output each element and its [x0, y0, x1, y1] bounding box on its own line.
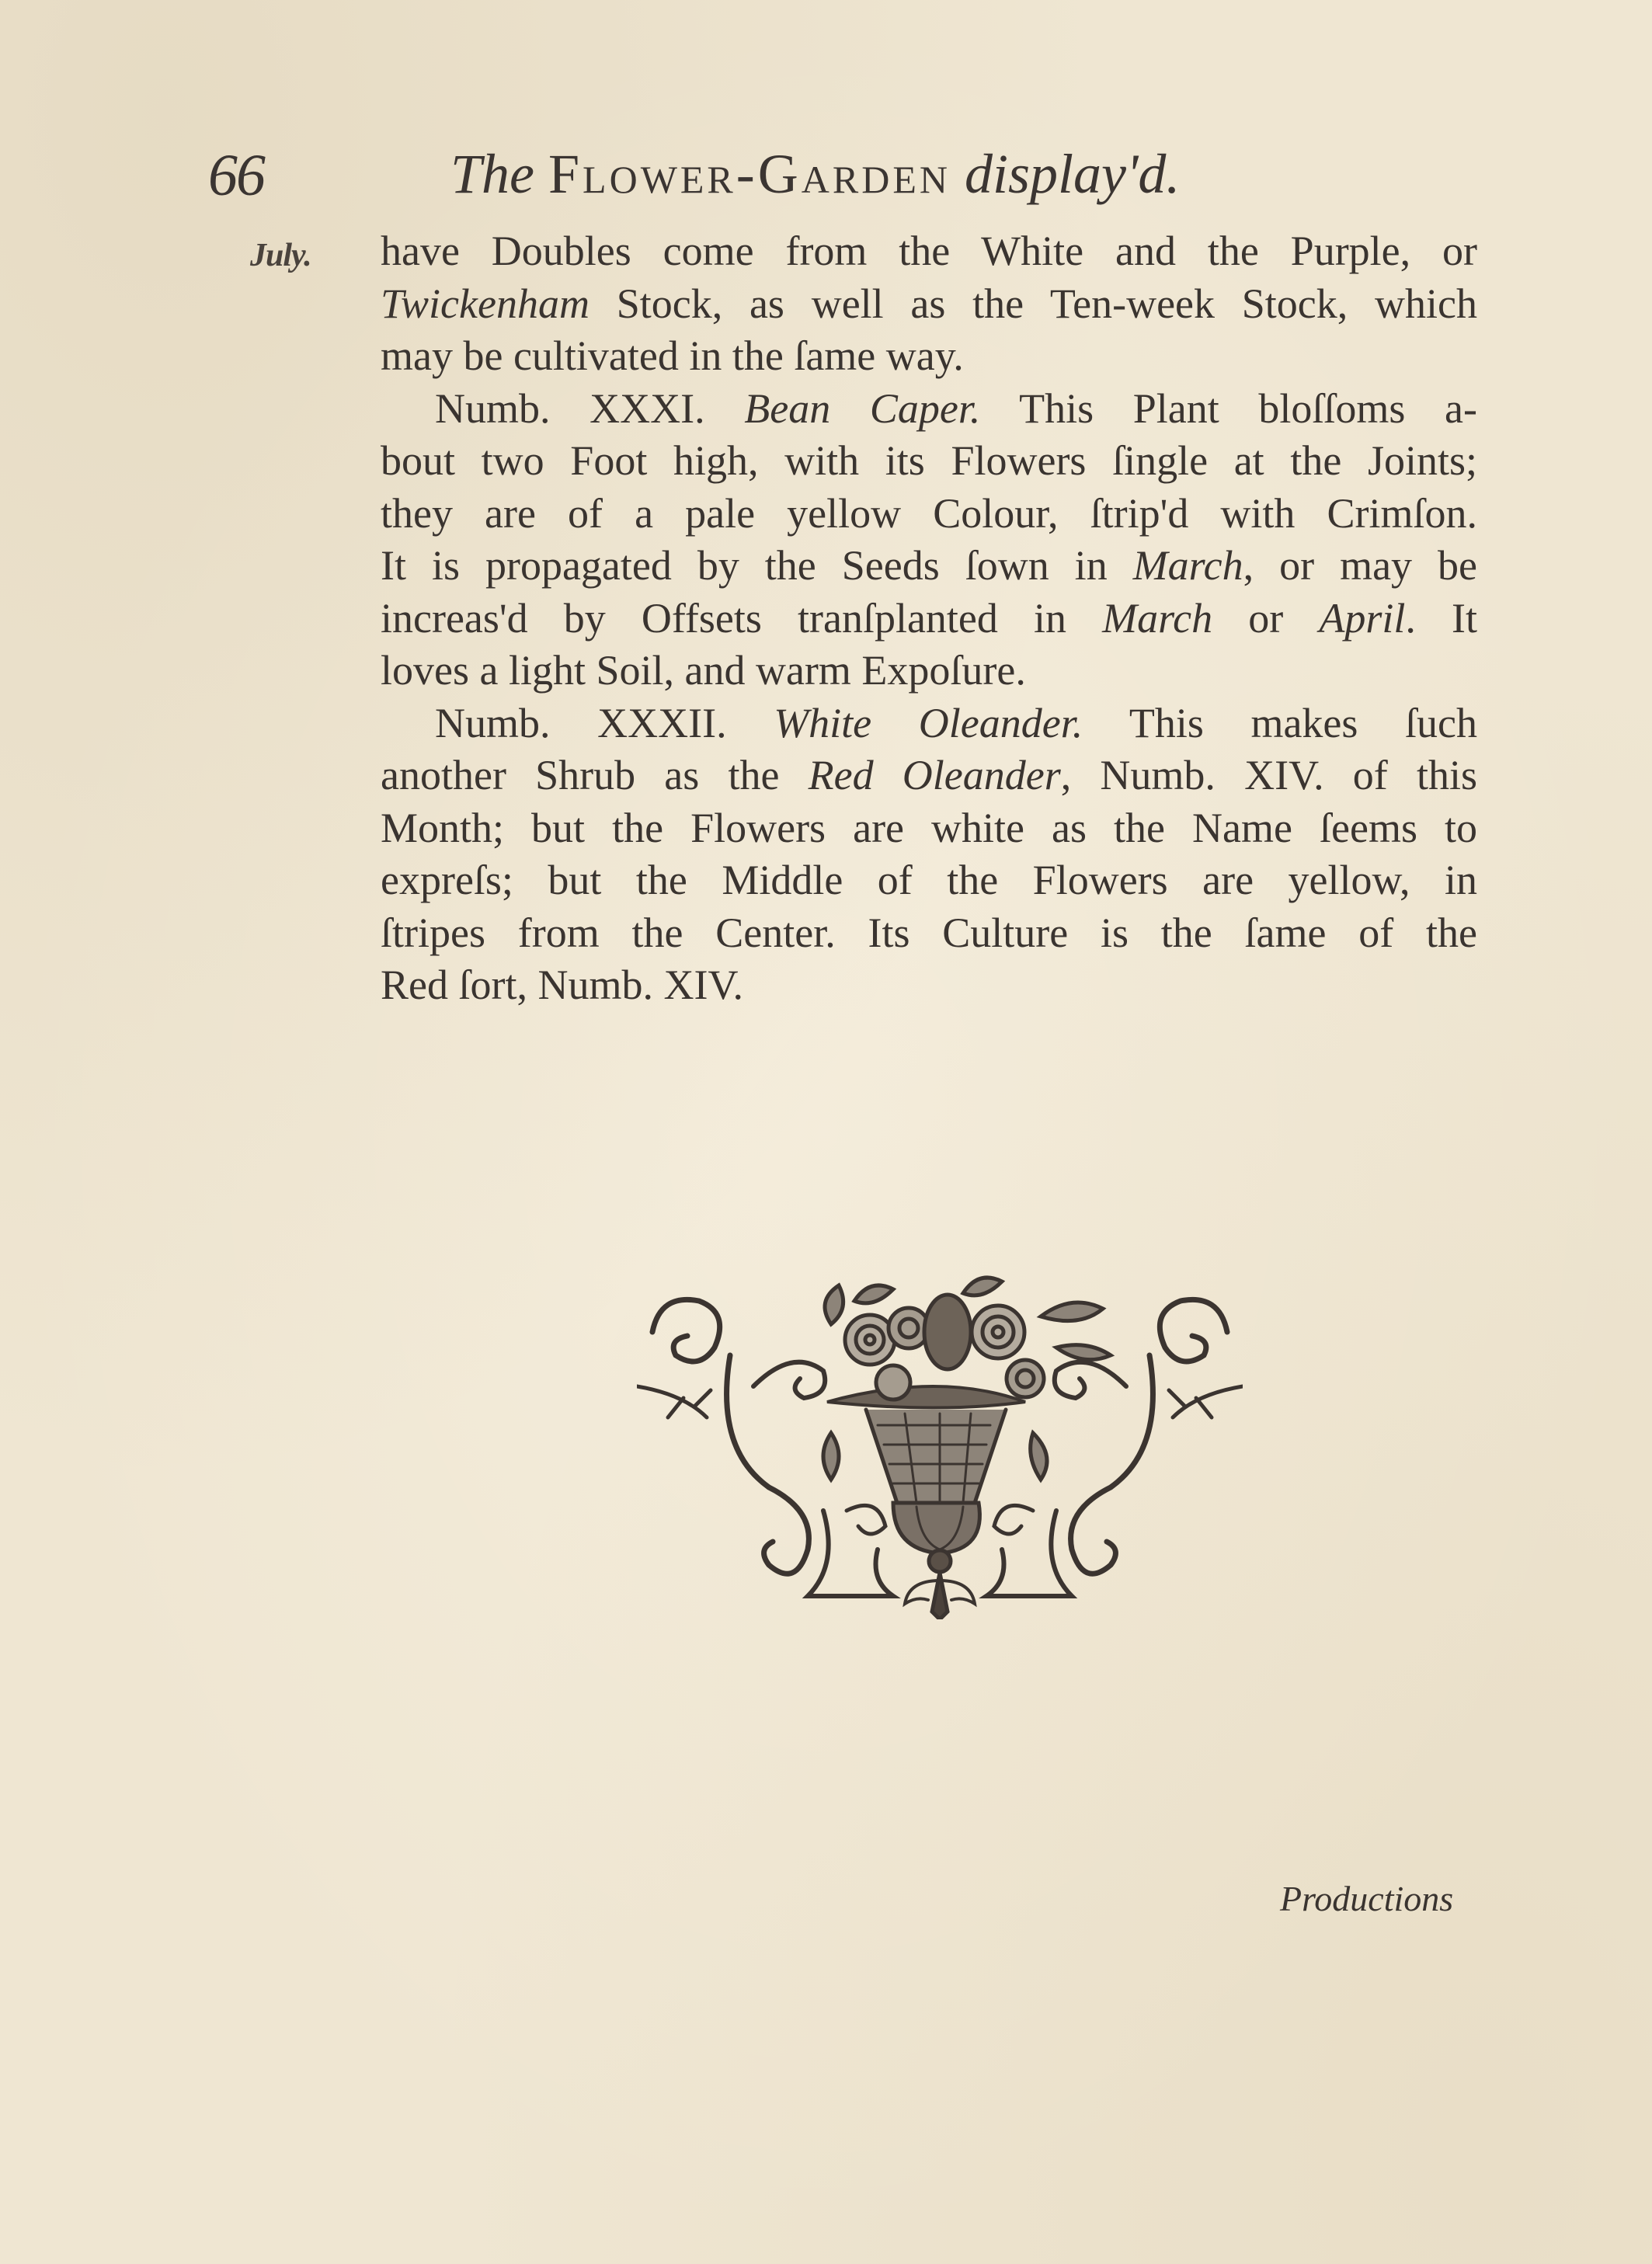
roman-text: Stock, as well as the Ten-week Stock, wh… [590, 280, 1477, 327]
roman-text: may be cultivated in the ſame way. [381, 332, 964, 379]
italic-text: March [1102, 595, 1212, 642]
running-head-suffix: display'd. [965, 143, 1180, 205]
roman-text: , Numb. XIV. of this [1061, 752, 1477, 798]
roman-text: Red ſort, Numb. XIV. [381, 962, 743, 1008]
running-head: The Flower-Garden display'd. [450, 142, 1460, 207]
roman-text: This makes ſuch [1083, 700, 1477, 746]
text-line: may be cultivated in the ſame way. [381, 330, 1477, 383]
roman-text: It is propagated by the Seeds ſown in [381, 542, 1133, 589]
roman-text: another Shrub as the [381, 752, 809, 798]
margin-note-month: July. [250, 237, 311, 274]
roman-text: have Doubles come from the White and the… [381, 228, 1477, 274]
italic-text: White Oleander. [774, 700, 1083, 746]
flower-basket-ornament-icon [637, 1254, 1243, 1619]
italic-text: March [1133, 542, 1243, 589]
text-line: bout two Foot high, with its Flowers ſin… [381, 435, 1477, 488]
catchword: Productions [1280, 1878, 1453, 1919]
text-line: loves a light Soil, and warm Expoſure. [381, 645, 1477, 697]
roman-text: Month; but the Flowers are white as the … [381, 805, 1477, 851]
text-line: Numb. XXXII. White Oleander. This makes … [381, 697, 1477, 750]
roman-text: they are of a pale yellow Colour, ſtrip'… [381, 490, 1477, 537]
roman-text: increas'd by Offsets tranſplanted in [381, 595, 1102, 642]
italic-text: Bean Caper. [744, 385, 980, 432]
roman-text: expreſs; but the Middle of the Flowers a… [381, 857, 1477, 903]
roman-text: , or may be [1243, 542, 1477, 589]
text-line: Twickenham Stock, as well as the Ten-wee… [381, 278, 1477, 331]
text-line: increas'd by Offsets tranſplanted in Mar… [381, 593, 1477, 645]
roman-text: This Plant bloſſoms a- [980, 385, 1477, 432]
text-line: It is propagated by the Seeds ſown in Ma… [381, 540, 1477, 593]
italic-text: Red Oleander [809, 752, 1061, 798]
roman-text: ſtripes from the Center. Its Culture is … [381, 909, 1477, 956]
text-line: another Shrub as the Red Oleander, Numb.… [381, 749, 1477, 802]
roman-text: Numb. XXXI. [435, 385, 744, 432]
roman-text: bout two Foot high, with its Flowers ſin… [381, 437, 1477, 484]
roman-text: or [1212, 595, 1319, 642]
italic-text: April [1319, 595, 1405, 642]
running-head-title: Flower-Garden [548, 143, 951, 205]
roman-text: loves a light Soil, and warm Expoſure. [381, 647, 1026, 694]
page-number: 66 [208, 142, 264, 210]
body-text: have Doubles come from the White and the… [381, 225, 1477, 1012]
text-line: they are of a pale yellow Colour, ſtrip'… [381, 488, 1477, 541]
text-line: Red ſort, Numb. XIV. [381, 959, 1477, 1012]
text-line: have Doubles come from the White and the… [381, 225, 1477, 278]
text-line: ſtripes from the Center. Its Culture is … [381, 907, 1477, 960]
roman-text: Numb. XXXII. [435, 700, 774, 746]
italic-text: Twickenham [381, 280, 590, 327]
roman-text: . It [1405, 595, 1477, 642]
text-line: Numb. XXXI. Bean Caper. This Plant bloſſ… [381, 383, 1477, 436]
text-line: Month; but the Flowers are white as the … [381, 802, 1477, 855]
text-line: expreſs; but the Middle of the Flowers a… [381, 854, 1477, 907]
running-head-prefix: The [450, 143, 534, 205]
